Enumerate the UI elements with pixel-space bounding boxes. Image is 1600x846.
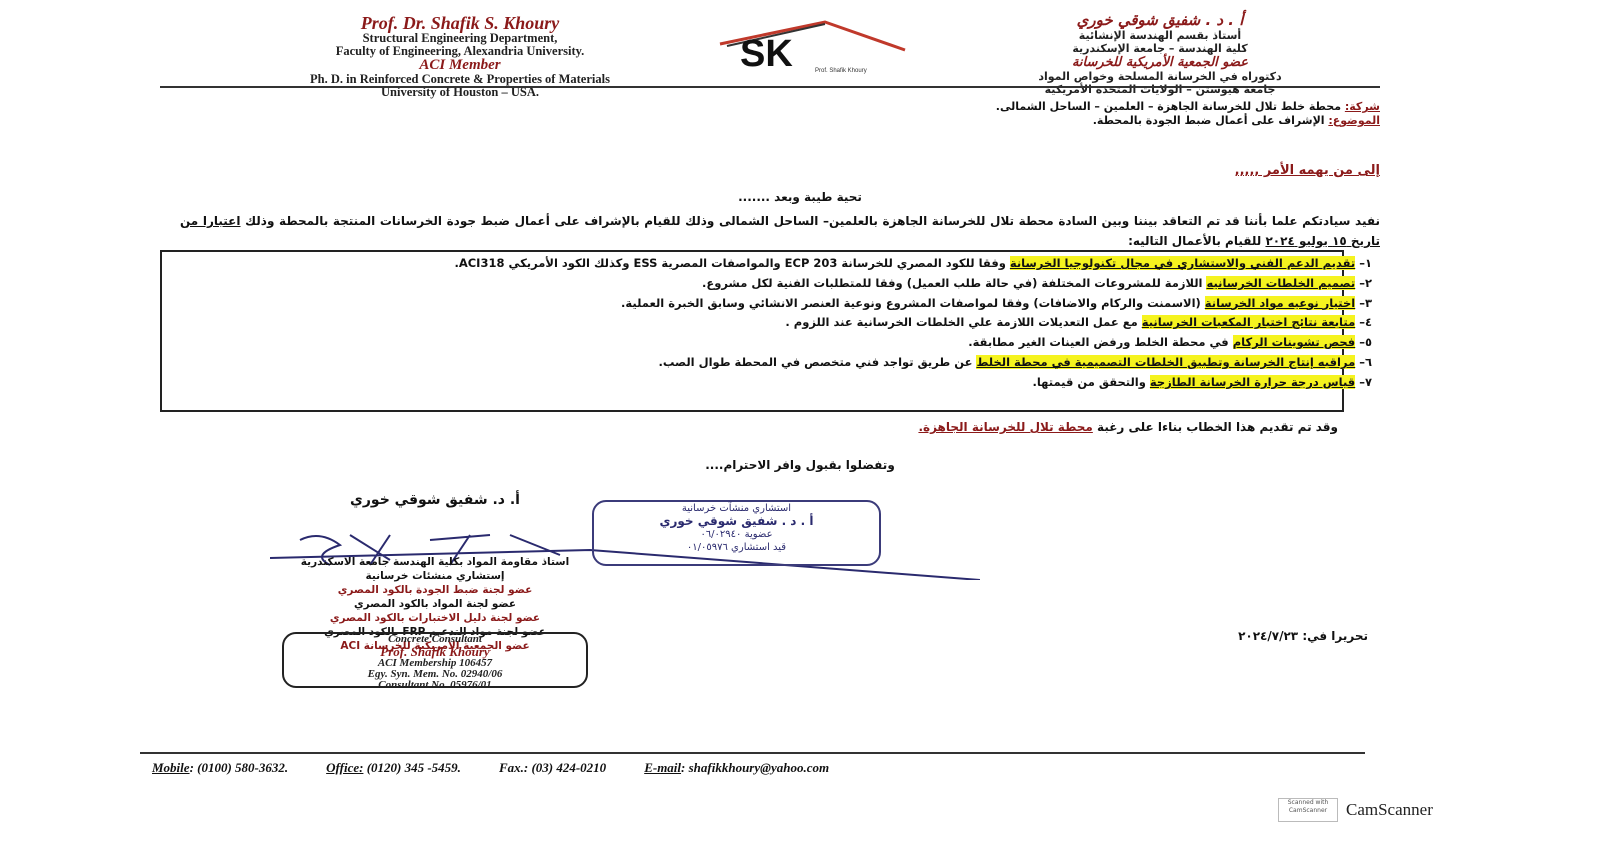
closing-text: وقد تم تقديم هذا الخطاب بناءا على رغبة [1093, 420, 1338, 434]
footer-divider [140, 752, 1365, 754]
regards-line: وتفضلوا بقبول وافر الاحترام.... [0, 458, 1600, 472]
client-name: محطة تلال للخرسانة الجاهزة. [918, 420, 1092, 434]
svg-text:SK: SK [740, 33, 793, 75]
camscanner-watermark: Scanned with CamScanner CamScanner [1278, 798, 1433, 822]
subject-line: الموضوع: الإشراف على أعمال ضبط الجودة با… [480, 114, 1380, 127]
phd-line-ar: دكتوراه في الخرسانة المسلحة وخواص المواد [950, 70, 1370, 83]
task-text: عن طريق تواجد فني متخصص في المحطة طوال ا… [658, 355, 976, 369]
email-contact: E-mail: shafikkhoury@yahoo.com [644, 760, 829, 776]
task-item: ٥– فحص تشوينات الركام في محطة الخلط ورفض… [212, 333, 1372, 353]
fax-contact: Fax.: (03) 424-0210 [499, 760, 606, 776]
stamp-line-2: أ . د . شفيق شوقي خوري [594, 515, 879, 528]
blue-seal-stamp: استشاري منشآت خرسانية أ . د . شفيق شوقي … [592, 500, 881, 566]
header-divider [160, 86, 1380, 88]
task-highlight: اختيار نوعيه مواد الخرسانة [1205, 296, 1355, 310]
company-label: شركة: [1345, 100, 1380, 113]
task-highlight: متابعة نتائج اختبار المكعبات الخرسانية [1142, 315, 1355, 329]
task-highlight: قياس درجة حرارة الخرسانة الطازجة [1150, 375, 1355, 389]
date-label: تحريرا في: [1302, 629, 1368, 643]
task-highlight: تصميم الخلطات الخرسانيه [1206, 276, 1355, 290]
task-text: اللازمة للمشروعات المختلفة (في حالة طلب … [702, 276, 1206, 290]
signatory-title: إستشاري منشئات خرسانية [240, 569, 630, 583]
cstamp-line-5: Consultant No. 05976/01 [284, 680, 586, 691]
task-highlight: تقديم الدعم الفني والاستشاري في مجال تكن… [1010, 256, 1355, 270]
stamp-line-3: عضوية ٠٦/٠٢٩٤٠ [594, 528, 879, 541]
signatory-title: عضو لجنة ضبط الجودة بالكود المصري [240, 583, 630, 597]
letterhead-arabic: أ . د . شفيق شوقي خوري أستاذ بقسم الهندس… [950, 12, 1370, 96]
task-number: ٦– [1359, 355, 1372, 369]
task-highlight: مراقبه إنتاج الخرسانة وتطبيق الخلطات الت… [976, 355, 1355, 369]
task-number: ٣– [1359, 296, 1372, 310]
date-value: ٢٠٢٤/٧/٢٣ [1238, 629, 1298, 643]
task-text: (الاسمنت والركام والاضافات) وفقا لمواصفا… [621, 296, 1205, 310]
author-name-en: Prof. Dr. Shafik S. Khoury [180, 14, 740, 32]
camscanner-badge: Scanned with CamScanner [1278, 798, 1338, 822]
task-text: في محطة الخلط ورفض العينات الغير مطابقة. [968, 335, 1233, 349]
intro-paragraph: نفيد سيادتكم علما بأننا قد تم التعاقد بي… [180, 211, 1380, 251]
greeting: تحية طيبة وبعد ....... [0, 190, 1600, 204]
to-whom-heading: إلى من يهمه الأمر ,,,,, [1235, 163, 1380, 178]
subject-value: الإشراف على أعمال ضبط الجودة بالمحطة. [1093, 114, 1325, 127]
stamp-line-4: قيد استشاري ٠١/٠٥٩٧٦ [594, 541, 879, 554]
task-number: ٢– [1359, 276, 1372, 290]
aci-member-line: ACI Member [180, 58, 740, 73]
signatory-title: عضو لجنة دليل الاختبارات بالكود المصري [240, 611, 630, 625]
faculty-line-ar: كلية الهندسة – جامعة الإسكندرية [950, 42, 1370, 55]
contact-footer: Mobile: (0100) 580-3632. Office: (0120) … [152, 760, 1352, 776]
company-line: شركة: محطة خلط تلال للخرسانة الجاهزة – ا… [480, 100, 1380, 113]
task-number: ٤– [1359, 315, 1372, 329]
task-item: ٦– مراقبه إنتاج الخرسانة وتطبيق الخلطات … [212, 353, 1372, 373]
task-item: ١– تقديم الدعم الفني والاستشاري في مجال … [212, 254, 1372, 274]
consultant-stamp: Concrete Consultant Prof. Shafik Khoury … [282, 632, 588, 688]
task-text: والتحقق من قيمتها. [1032, 375, 1149, 389]
dept-line-ar: أستاذ بقسم الهندسة الإنشائية [950, 29, 1370, 42]
task-text: مع عمل التعديلات اللازمة علي الخلطات الخ… [785, 315, 1141, 329]
task-text: وفقا للكود المصري للخرسانة ECP 203 والمو… [454, 256, 1009, 270]
date-line: تحريرا في: ٢٠٢٤/٧/٢٣ [1238, 629, 1368, 643]
company-value: محطة خلط تلال للخرسانة الجاهزة – العلمين… [996, 100, 1341, 113]
subject-label: الموضوع: [1328, 114, 1380, 127]
camscanner-text: CamScanner [1346, 800, 1433, 820]
task-item: ٢– تصميم الخلطات الخرسانيه اللازمة للمشر… [212, 274, 1372, 294]
task-item: ٤– متابعة نتائج اختبار المكعبات الخرساني… [212, 313, 1372, 333]
university-line-ar: جامعة هيوستن – الولايات المتحدة الأمريكي… [950, 83, 1370, 96]
mobile-contact: Mobile: (0100) 580-3632. [152, 760, 288, 776]
task-number: ٥– [1359, 335, 1372, 349]
signatory-title: عضو لجنة المواد بالكود المصري [240, 597, 630, 611]
task-item: ٧– قياس درجة حرارة الخرسانة الطازجة والت… [212, 373, 1372, 393]
author-name-ar: أ . د . شفيق شوقي خوري [950, 12, 1370, 29]
intro-tail: للقيام بالأعمال التاليه: [1128, 234, 1265, 248]
office-contact: Office: (0120) 345 -5459. [326, 760, 461, 776]
intro-text: نفيد سيادتكم علما بأننا قد تم التعاقد بي… [241, 214, 1381, 228]
sk-logo: SK Prof. Shafik Khoury [715, 14, 915, 76]
task-item: ٣– اختيار نوعيه مواد الخرسانة (الاسمنت و… [212, 294, 1372, 314]
signatory-name: أ. د. شفيق شوقي خوري [300, 492, 570, 508]
signatory-title: استاذ مقاومة المواد بكلية الهندسة جامعة … [240, 555, 630, 569]
svg-text:Prof. Shafik Khoury: Prof. Shafik Khoury [815, 68, 867, 74]
task-highlight: فحص تشوينات الركام [1233, 335, 1355, 349]
aci-member-line-ar: عضو الجمعية الأمريكية للخرسانة [950, 55, 1370, 70]
tasks-list: ١– تقديم الدعم الفني والاستشاري في مجال … [212, 254, 1372, 393]
task-number: ٧– [1359, 375, 1372, 389]
closing-line: وقد تم تقديم هذا الخطاب بناءا على رغبة م… [918, 420, 1338, 434]
task-number: ١– [1359, 256, 1372, 270]
